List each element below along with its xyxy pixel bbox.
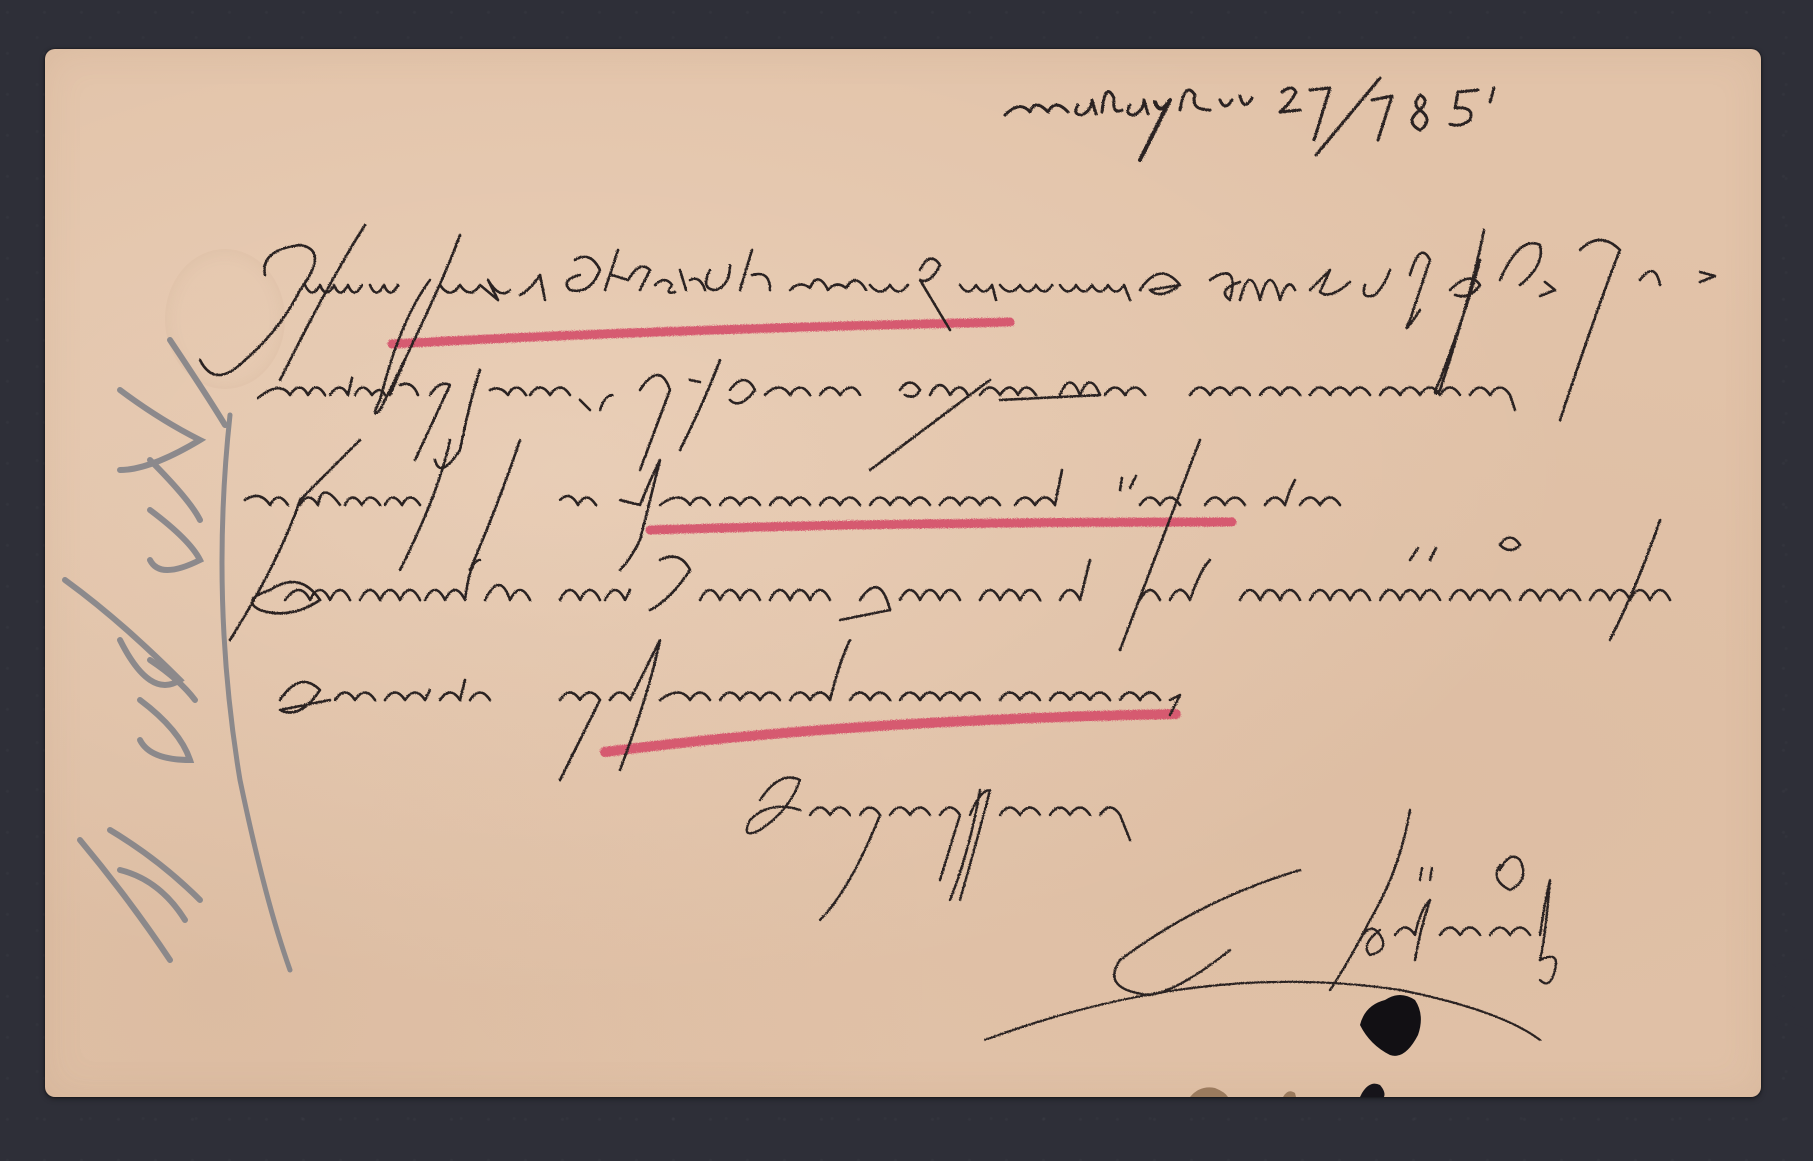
edge-stain [1190,1087,1228,1097]
body-line-3-handwriting [230,440,1340,650]
signature-handwriting [985,810,1556,1040]
body-line-5-handwriting [280,640,1180,780]
salutation-handwriting [747,778,1130,921]
underline-3 [605,714,1176,752]
underline-1 [392,322,1010,344]
body-line-4-handwriting [252,520,1670,640]
handwriting-layer [45,49,1761,1097]
pencil-annotation [65,340,290,970]
ink-script [200,78,1715,1040]
edge-stain-small [1283,1091,1296,1097]
underline-2 [650,522,1232,530]
place-date-handwriting [1005,78,1494,160]
edge-ink-spot [1360,1084,1385,1097]
ink-blot [1360,995,1421,1056]
postcard: Malaupka 27/7 85' Herrn Josef Schalek un… [45,49,1761,1097]
